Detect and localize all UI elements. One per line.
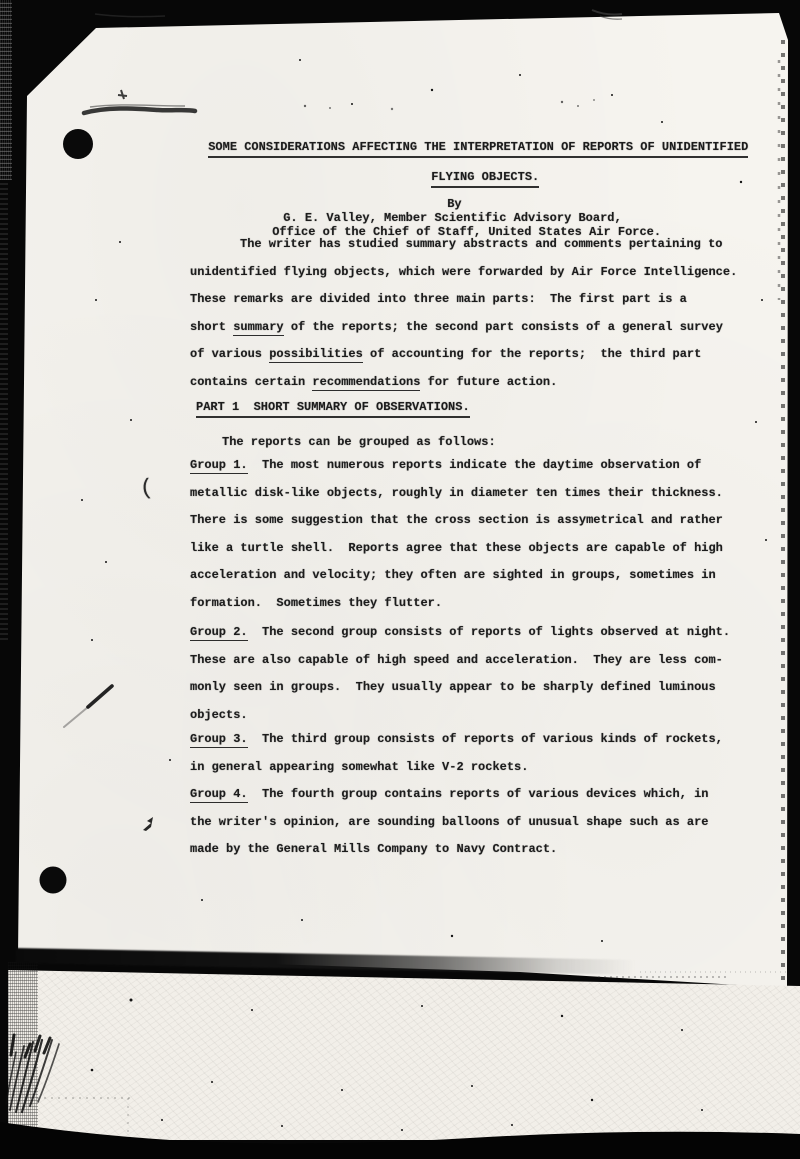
text-run: The reports can be grouped as follows: [222,435,496,449]
text-run: of the reports; the second part consists… [284,320,723,334]
document-line: These remarks are divided into three mai… [190,286,737,314]
text-run: These remarks are divided into three mai… [190,292,687,306]
part1-heading: PART 1 SHORT SUMMARY OF OBSERVATIONS. [196,394,470,422]
text-run: objects. [190,708,248,722]
underlined-text: Group 3. [190,732,248,748]
text-run: acceleration and velocity; they often ar… [190,568,716,582]
group2-paragraph: Group 2. The second group consists of re… [190,619,730,729]
underlined-text: possibilities [269,347,363,363]
text-run: of various [190,347,269,361]
text-run: metallic disk-like objects, roughly in d… [190,486,723,500]
text-run: the writer's opinion, are sounding ballo… [190,815,708,829]
document-line: in general appearing somewhat like V-2 r… [190,754,723,782]
document-line: made by the General Mills Company to Nav… [190,836,708,864]
underlined-text: Group 1. [190,458,248,474]
scanned-document-screen: SOME CONSIDERATIONS AFFECTING THE INTERP… [0,0,800,1159]
document-line: of various possibilities of accounting f… [190,341,737,369]
text-run: The writer has studied summary abstracts… [240,237,722,251]
document-line: Group 1. The most numerous reports indic… [190,452,723,480]
text-run: contains certain [190,375,312,389]
text-run: monly seen in groups. They usually appea… [190,680,716,694]
document-line: the writer's opinion, are sounding ballo… [190,809,708,837]
text-run: unidentified flying objects, which were … [190,265,737,279]
document-line: short summary of the reports; the second… [190,314,737,342]
text-run: There is some suggestion that the cross … [190,513,723,527]
underlined-text: Group 2. [190,625,248,641]
text-run: These are also capable of high speed and… [190,653,723,667]
document-line: PART 1 SHORT SUMMARY OF OBSERVATIONS. [196,394,470,422]
document-line: like a turtle shell. Reports agree that … [190,535,723,563]
text-run: The fourth group contains reports of var… [248,787,709,801]
group1-paragraph: Group 1. The most numerous reports indic… [190,452,723,617]
text-run: formation. Sometimes they flutter. [190,596,442,610]
document-line: The writer has studied summary abstracts… [190,231,737,259]
text-run: of accounting for the reports; the third… [363,347,701,361]
text-run: The second group consists of reports of … [248,625,730,639]
document-line: There is some suggestion that the cross … [190,507,723,535]
group3-paragraph: Group 3. The third group consists of rep… [190,726,723,781]
document-line: acceleration and velocity; they often ar… [190,562,723,590]
group4-paragraph: Group 4. The fourth group contains repor… [190,781,708,864]
document-line: Group 3. The third group consists of rep… [190,726,723,754]
document-line: objects. [190,702,730,730]
document-line: These are also capable of high speed and… [190,647,730,675]
text-run: The most numerous reports indicate the d… [248,458,702,472]
document-line: Group 2. The second group consists of re… [190,619,730,647]
underlined-text: recommendations [312,375,420,391]
text-run: short [190,320,233,334]
underlined-text: summary [233,320,283,336]
underlined-text: Group 4. [190,787,248,803]
document-line: contains certain recommendations for fut… [190,369,737,397]
text-run: for future action. [420,375,557,389]
text-run: in general appearing somewhat like V-2 r… [190,760,528,774]
intro-paragraph: The writer has studied summary abstracts… [190,231,737,396]
document-line: Group 4. The fourth group contains repor… [190,781,708,809]
text-run: made by the General Mills Company to Nav… [190,842,557,856]
document-line: monly seen in groups. They usually appea… [190,674,730,702]
document-line: metallic disk-like objects, roughly in d… [190,480,723,508]
underlined-text: PART 1 SHORT SUMMARY OF OBSERVATIONS. [196,400,470,418]
document-line: unidentified flying objects, which were … [190,259,737,287]
stray-paren-mark: ( [139,475,154,501]
document-line: formation. Sometimes they flutter. [190,590,723,618]
text-run: like a turtle shell. Reports agree that … [190,541,723,555]
text-run: The third group consists of reports of v… [248,732,723,746]
document-text-layer: SOME CONSIDERATIONS AFFECTING THE INTERP… [0,0,800,1159]
